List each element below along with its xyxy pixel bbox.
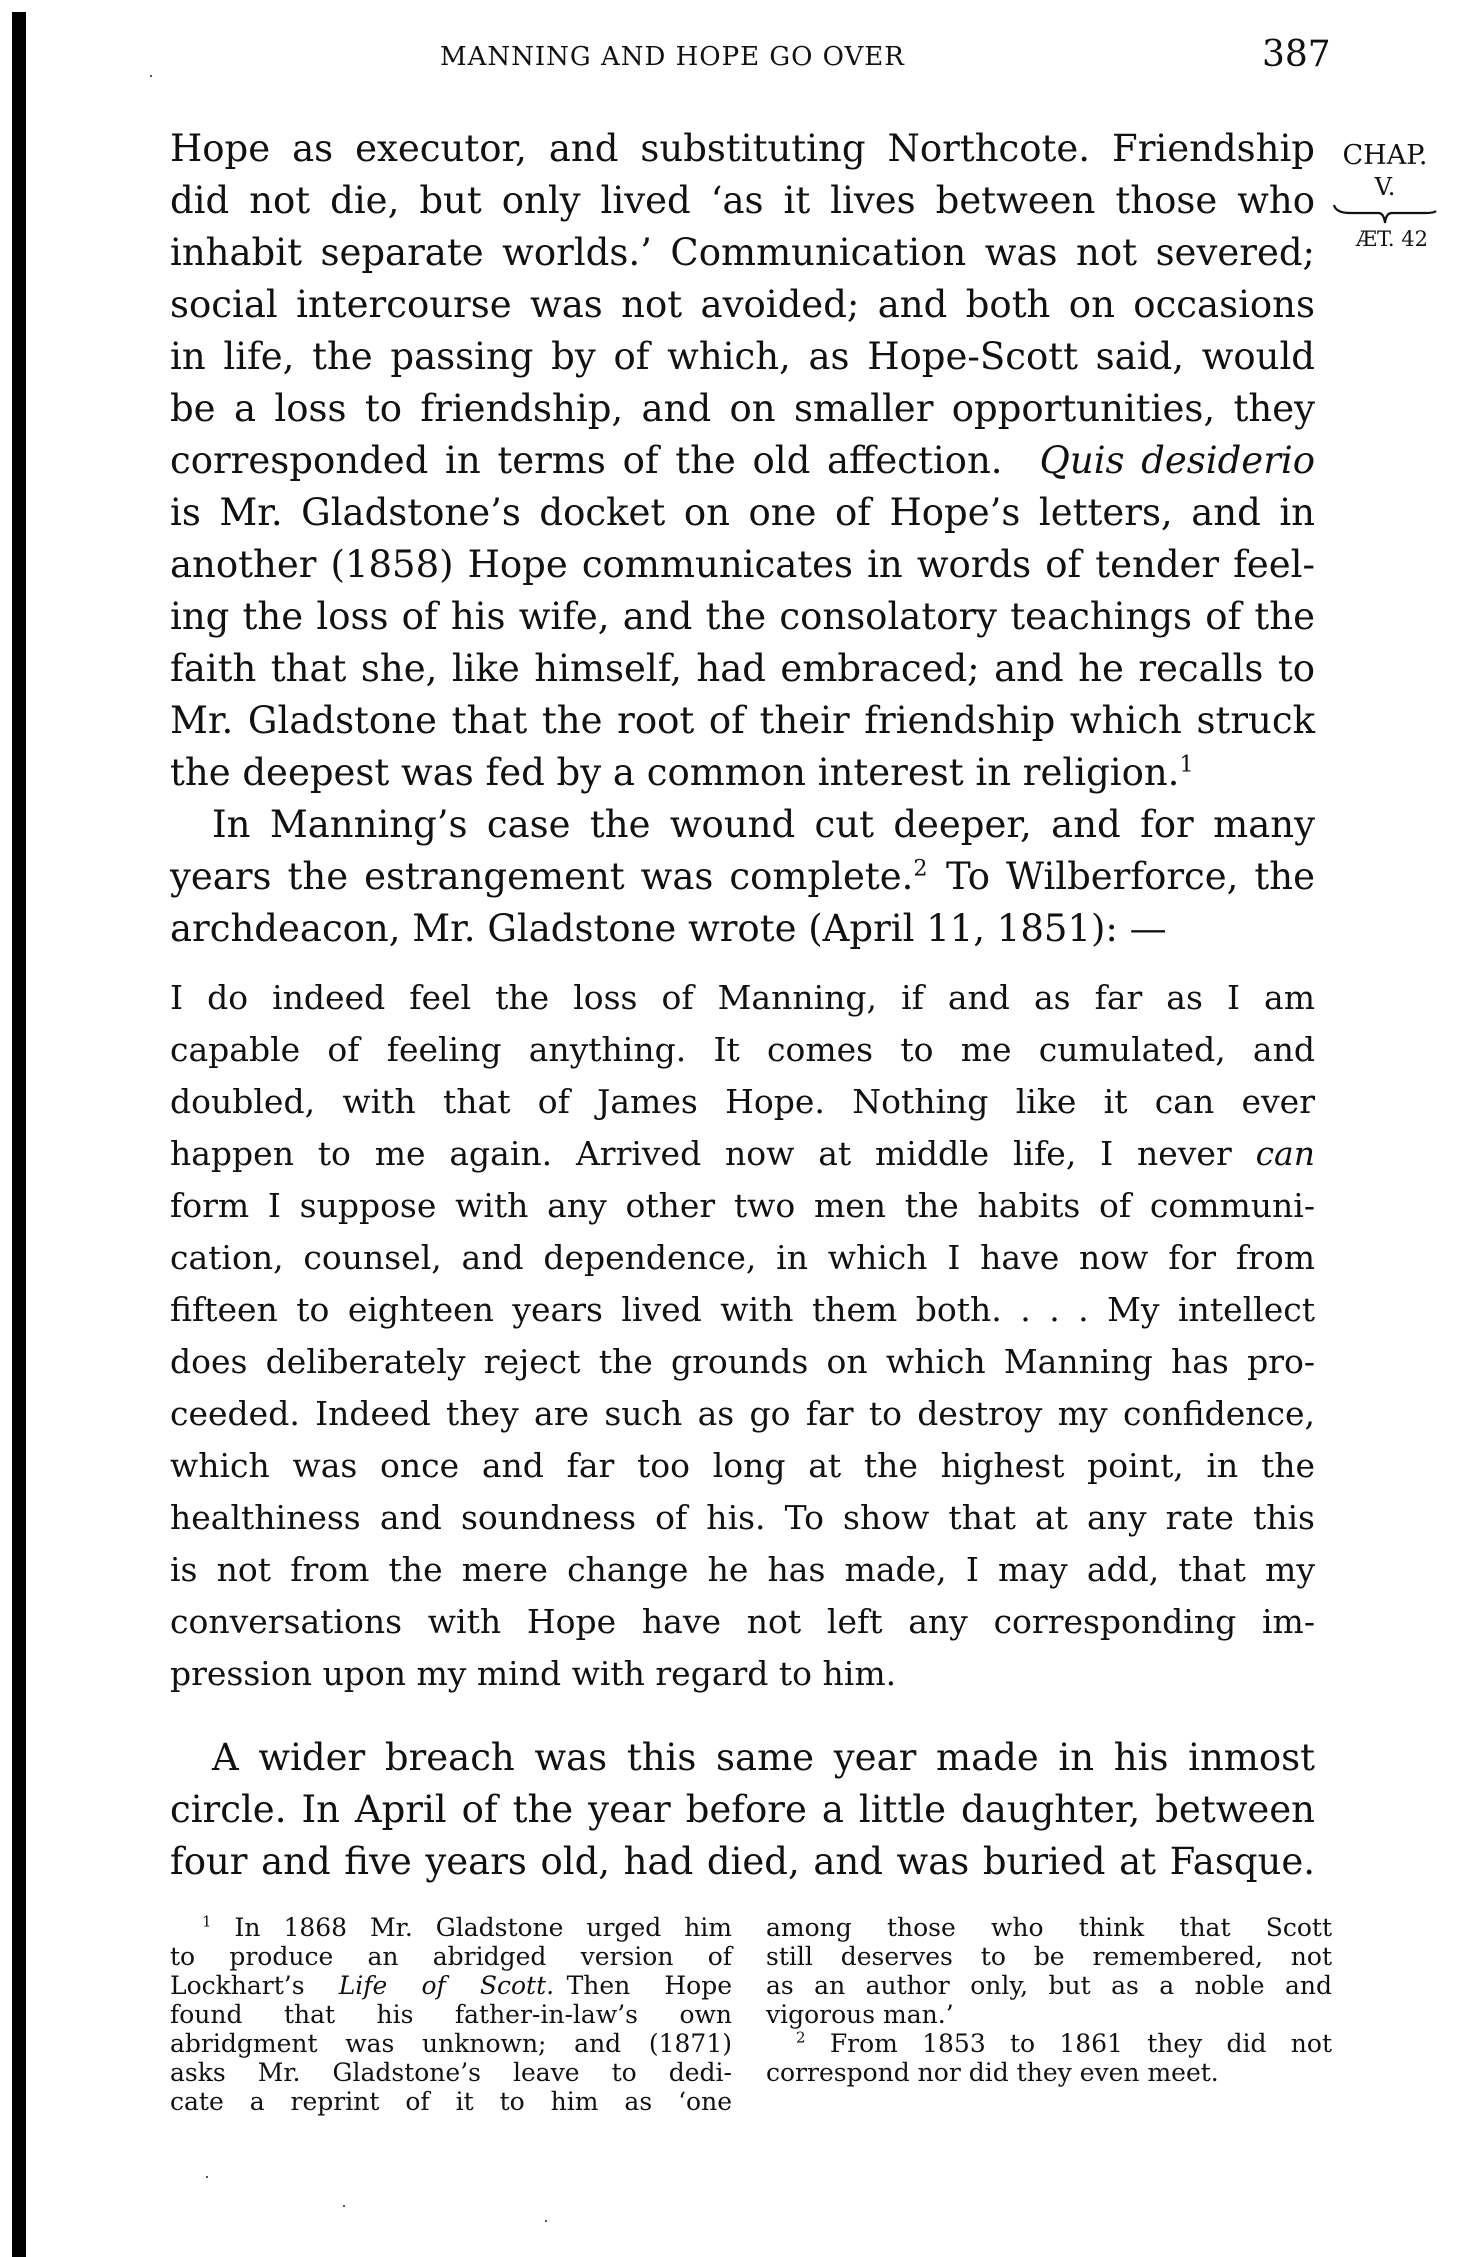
text-line: four and five years old, had died, and w… [170, 1836, 1315, 1888]
footnote-ref-2[interactable]: 2 [913, 856, 927, 882]
text-line: faith that she, like himself, had embrac… [170, 643, 1315, 695]
text-line: Hope as executor, and substituting North… [170, 123, 1315, 175]
quote-line: form I suppose with any other two men th… [170, 1180, 1315, 1232]
text-line: inhabit separate worlds.’ Communication … [170, 227, 1315, 279]
quote-line: fifteen to eighteen years lived with the… [170, 1284, 1315, 1336]
text-line: Mr. Gladstone that the root of their fri… [170, 695, 1315, 747]
emphasis: can [1256, 1134, 1315, 1173]
quote-line: I do indeed feel the loss of Manning, if… [170, 972, 1315, 1024]
margin-chapter-number: V. [1330, 173, 1440, 201]
scan-speck [150, 75, 152, 77]
quote-line: pression upon my mind with regard to him… [170, 1648, 1315, 1700]
text-line: the deepest was fed by a common interest… [170, 747, 1315, 799]
quote-line: cation, counsel, and dependence, in whic… [170, 1232, 1315, 1284]
text-line: In Manning’s case the wound cut deeper, … [212, 799, 1315, 851]
quote-line: which was once and far too long at the h… [170, 1440, 1315, 1492]
scan-speck [545, 2220, 547, 2222]
footnote-line: vigorous man.’ [766, 2000, 1332, 2029]
quote-line: healthiness and soundness of his. To sho… [170, 1492, 1315, 1544]
text-line: archdeacon, Mr. Gladstone wrote (April 1… [170, 903, 1315, 955]
footnote-ref-1[interactable]: 1 [1179, 752, 1193, 778]
footnote-line: to produce an abridged version of [170, 1942, 732, 1971]
text-line: ing the loss of his wife, and the consol… [170, 591, 1315, 643]
margin-age: ÆT. 42 [1330, 227, 1440, 251]
latin-phrase: Quis desiderio [1040, 439, 1315, 482]
page-number: 387 [1262, 34, 1331, 75]
footnote-line: still deserves to be remembered, not [766, 1942, 1332, 1971]
quote-line: is not from the mere change he has made,… [170, 1544, 1315, 1596]
footnote-line: among those who think that Scott [766, 1913, 1332, 1942]
text-line: be a loss to friendship, and on smaller … [170, 383, 1315, 435]
quote-line: conversations with Hope have not left an… [170, 1596, 1315, 1648]
quote-line: doubled, with that of James Hope. Nothin… [170, 1076, 1315, 1128]
scan-speck [206, 2176, 208, 2178]
footnote-marker-2: 2 [796, 2029, 806, 2047]
text-line: corresponded in terms of the old affecti… [170, 435, 1315, 487]
quote-line: happen to me again. Arrived now at middl… [170, 1128, 1315, 1180]
margin-chapter-label: CHAP. [1330, 140, 1440, 171]
footnote-line: correspond nor did they even meet. [766, 2058, 1332, 2087]
text-line: in life, the passing by of which, as Hop… [170, 331, 1315, 383]
footnote-line: 2 From 1853 to 1861 they did not [796, 2029, 1332, 2058]
footnote-line: as an author only, but as a noble and [766, 1971, 1332, 2000]
text-line: years the estrangement was complete.2 To… [170, 851, 1315, 903]
footnote-line: asks Mr. Gladstone’s leave to dedi- [170, 2058, 732, 2087]
book-title: Life of Scott. [339, 1971, 554, 2000]
text-line: is Mr. Gladstone’s docket on one of Hope… [170, 487, 1315, 539]
footnote-line: cate a reprint of it to him as ‘one [170, 2087, 732, 2116]
footnote-marker-1: 1 [202, 1913, 212, 1931]
text-line: another (1858) Hope communicates in word… [170, 539, 1315, 591]
text-line: did not die, but only lived ‘as it lives… [170, 175, 1315, 227]
text-line: social intercourse was not avoided; and … [170, 279, 1315, 331]
scan-edge-bar [12, 12, 26, 2257]
footnote-line: abridgment was unknown; and (1871) [170, 2029, 732, 2058]
margin-note: CHAP. V. ÆT. 42 [1330, 140, 1440, 251]
footnote-line: found that his father-in-law’s own [170, 2000, 732, 2029]
text-line: circle. In April of the year before a li… [170, 1784, 1315, 1836]
quote-line: does deliberately reject the grounds on … [170, 1336, 1315, 1388]
footnote-line: Lockhart’s Life of Scott. Then Hope [170, 1971, 732, 2000]
scan-speck [343, 2205, 345, 2207]
quote-line: capable of feeling anything. It comes to… [170, 1024, 1315, 1076]
footnote-line: 1 In 1868 Mr. Gladstone urged him [202, 1913, 732, 1942]
quote-line: ceeded. Indeed they are such as go far t… [170, 1388, 1315, 1440]
text-line: A wider breach was this same year made i… [212, 1732, 1315, 1784]
brace-icon [1330, 203, 1440, 225]
running-title: MANNING AND HOPE GO OVER [440, 42, 905, 72]
